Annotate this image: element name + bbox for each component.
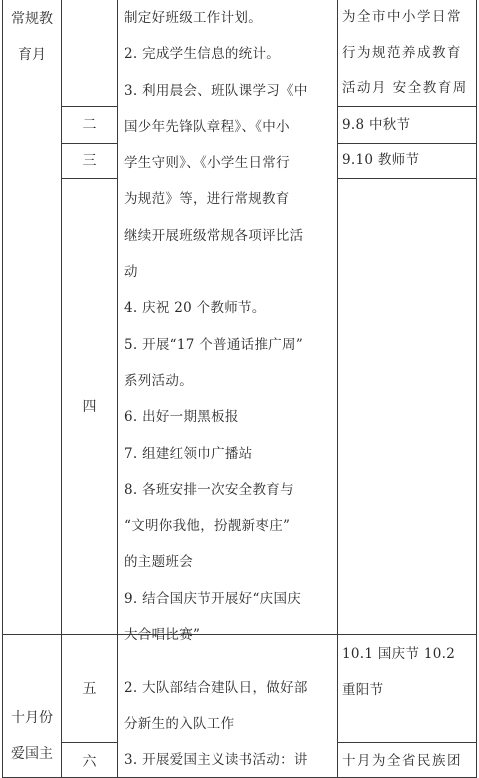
content-line: 3. 利用晨会、班队课学习《中 [124,73,308,109]
note-line: 10.1 国庆节 10.2 [342,636,455,672]
plan-content: 制定好班级工作计划。 2. 完成学生信息的统计。 3. 利用晨会、班队课学习《中… [124,0,308,653]
row-divider-note3 [337,178,477,179]
content-line: 为规范》等，进行常规教育 [124,181,308,217]
table-border-col2 [117,0,118,778]
content-line: 3. 开展爱国主义读书活动：讲 [124,742,308,778]
content-line: 9. 结合国庆节开展好“庆国庆 [124,581,308,617]
content-line: 国少年先锋队章程》、《中小 [124,109,308,145]
note-line: 9.10 教师节 [342,143,419,178]
note-cell: 10.1 国庆节 10.2 重阳节 [342,636,455,708]
note-line: 活动月 安全教育周 [342,71,468,107]
week-label: 四 [62,397,117,417]
month-label-line: 常规教 [3,1,61,37]
table-border-col3 [337,0,338,778]
content-line: 制定好班级工作计划。 [124,0,308,36]
content-line: 分新生的入队工作 [124,706,308,742]
note-line: 十月为全省民族团 [342,746,462,776]
note-line: 9.8 中秋节 [342,107,410,143]
note-line: 重阳节 [342,672,455,708]
week-label: 三 [62,151,117,171]
content-line: 4. 庆祝 20 个教师节。 [124,290,308,326]
row-divider-week5 [61,742,118,743]
note-cell: 9.10 教师节 [342,143,419,178]
week-label: 二 [62,115,117,135]
content-line: 2. 大队部结合建队日，做好部 [124,670,308,706]
content-line: 继续开展班级常规各项评比活 [124,218,308,254]
content-line: 大合唱比赛” [124,617,308,653]
note-cell: 十月为全省民族团 [342,746,462,776]
month-label-october: 十月份 爱国主 [3,700,61,772]
note-line: 行为规范养成教育 [342,36,468,72]
row-divider-week2 [61,143,118,144]
content-line: 8. 各班安排一次安全教育与 [124,472,308,508]
row-divider-week3 [61,178,118,179]
plan-content: 2. 大队部结合建队日，做好部 分新生的入队工作 3. 开展爱国主义读书活动：讲 [124,670,308,778]
note-cell: 9.8 中秋节 [342,107,410,143]
content-line: “文明你我他，扮靓新枣庄” [124,508,308,544]
note-cell: 为全市中小学日常 行为规范养成教育 活动月 安全教育周 [342,0,468,107]
month-label-line: 十月份 [3,700,61,736]
table-border-right [476,0,477,778]
week-label: 五 [62,679,117,699]
table-border-left [2,0,3,778]
content-line: 学生守则》、《小学生日常行 [124,145,308,181]
content-line: 5. 开展“17 个普通话推广周” [124,327,308,363]
month-label-line: 爱国主 [3,736,61,772]
note-line: 为全市中小学日常 [342,0,468,36]
week-label: 六 [62,752,117,772]
content-line: 7. 组建红领巾广播站 [124,436,308,472]
month-label-line: 育月 [3,37,61,73]
content-line: 的主题班会 [124,544,308,580]
content-line: 系列活动。 [124,363,308,399]
content-line: 2. 完成学生信息的统计。 [124,36,308,72]
content-line: 6. 出好一期黑板报 [124,399,308,435]
month-label-september: 常规教 育月 [3,1,61,73]
row-divider-note5 [337,742,477,743]
document-page: 常规教 育月 二 三 四 制定好班级工作计划。 2. 完成学生信息的统计。 3.… [0,0,479,778]
content-line: 动 [124,254,308,290]
row-divider-week1 [61,106,118,107]
